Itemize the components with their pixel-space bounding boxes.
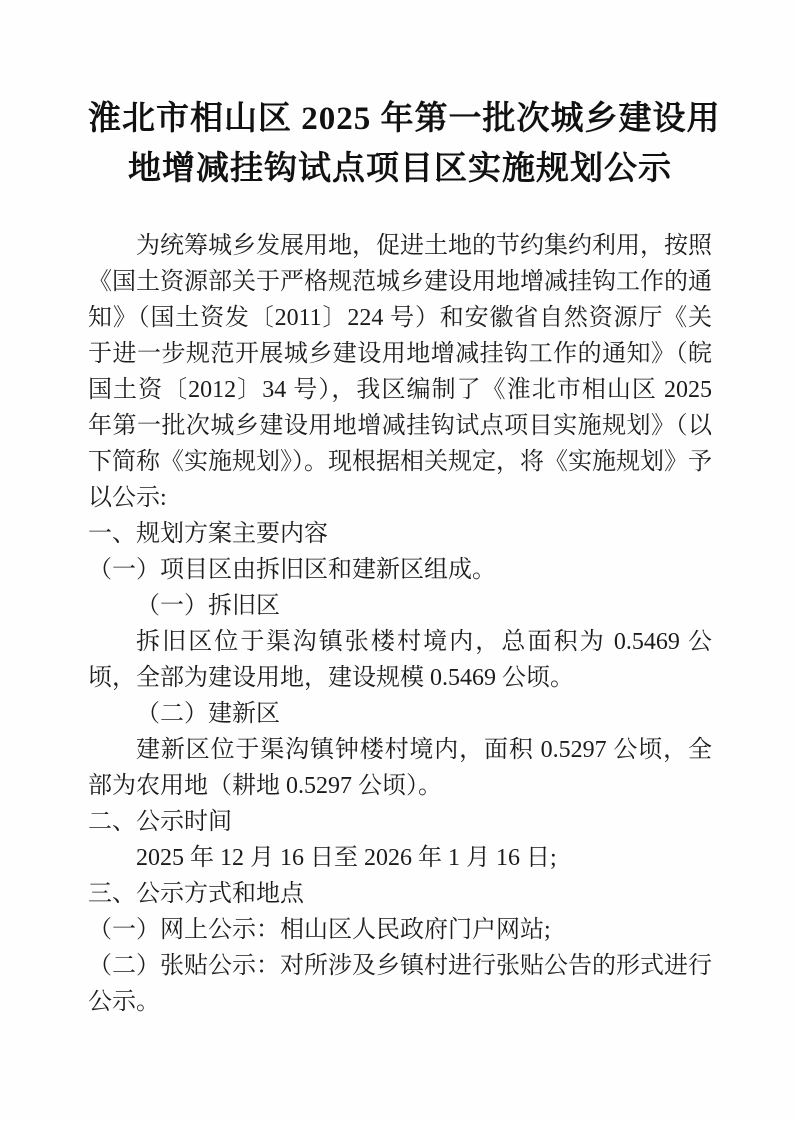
document-body: 为统筹城乡发展用地，促进土地的节约集约利用，按照《国土资源部关于严格规范城乡建设…	[88, 228, 712, 1020]
section-heading-2: 二、公示时间	[88, 804, 712, 840]
paragraph-intro: 为统筹城乡发展用地，促进土地的节约集约利用，按照《国土资源部关于严格规范城乡建设…	[88, 228, 712, 516]
document-title: 淮北市相山区 2025 年第一批次城乡建设用 地增减挂钩试点项目区实施规划公示	[88, 94, 712, 194]
subheading-new-build-area: （二）建新区	[88, 696, 712, 732]
section-heading-3: 三、公示方式和地点	[88, 876, 712, 912]
subheading-demolition-area: （一）拆旧区	[88, 588, 712, 624]
paragraph-demolition-area: 拆旧区位于渠沟镇张楼村境内，总面积为 0.5469 公顷，全部为建设用地，建设规…	[88, 624, 712, 696]
paragraph-new-build-area: 建新区位于渠沟镇钟楼村境内，面积 0.5297 公顷，全部为农用地（耕地 0.5…	[88, 732, 712, 804]
scanned-document-page: 淮北市相山区 2025 年第一批次城乡建设用 地增减挂钩试点项目区实施规划公示 …	[0, 0, 794, 1121]
section-heading-1: 一、规划方案主要内容	[88, 516, 712, 552]
paragraph-online-publicity: （一）网上公示：相山区人民政府门户网站;	[88, 912, 712, 948]
document-title-line-1: 淮北市相山区 2025 年第一批次城乡建设用	[88, 94, 712, 144]
paragraph-posted-publicity: （二）张贴公示：对所涉及乡镇村进行张贴公告的形式进行公示。	[88, 948, 712, 1020]
paragraph-publicity-period: 2025 年 12 月 16 日至 2026 年 1 月 16 日;	[88, 840, 712, 876]
paragraph-project-area: （一）项目区由拆旧区和建新区组成。	[88, 552, 712, 588]
document-title-line-2: 地增减挂钩试点项目区实施规划公示	[88, 144, 712, 194]
